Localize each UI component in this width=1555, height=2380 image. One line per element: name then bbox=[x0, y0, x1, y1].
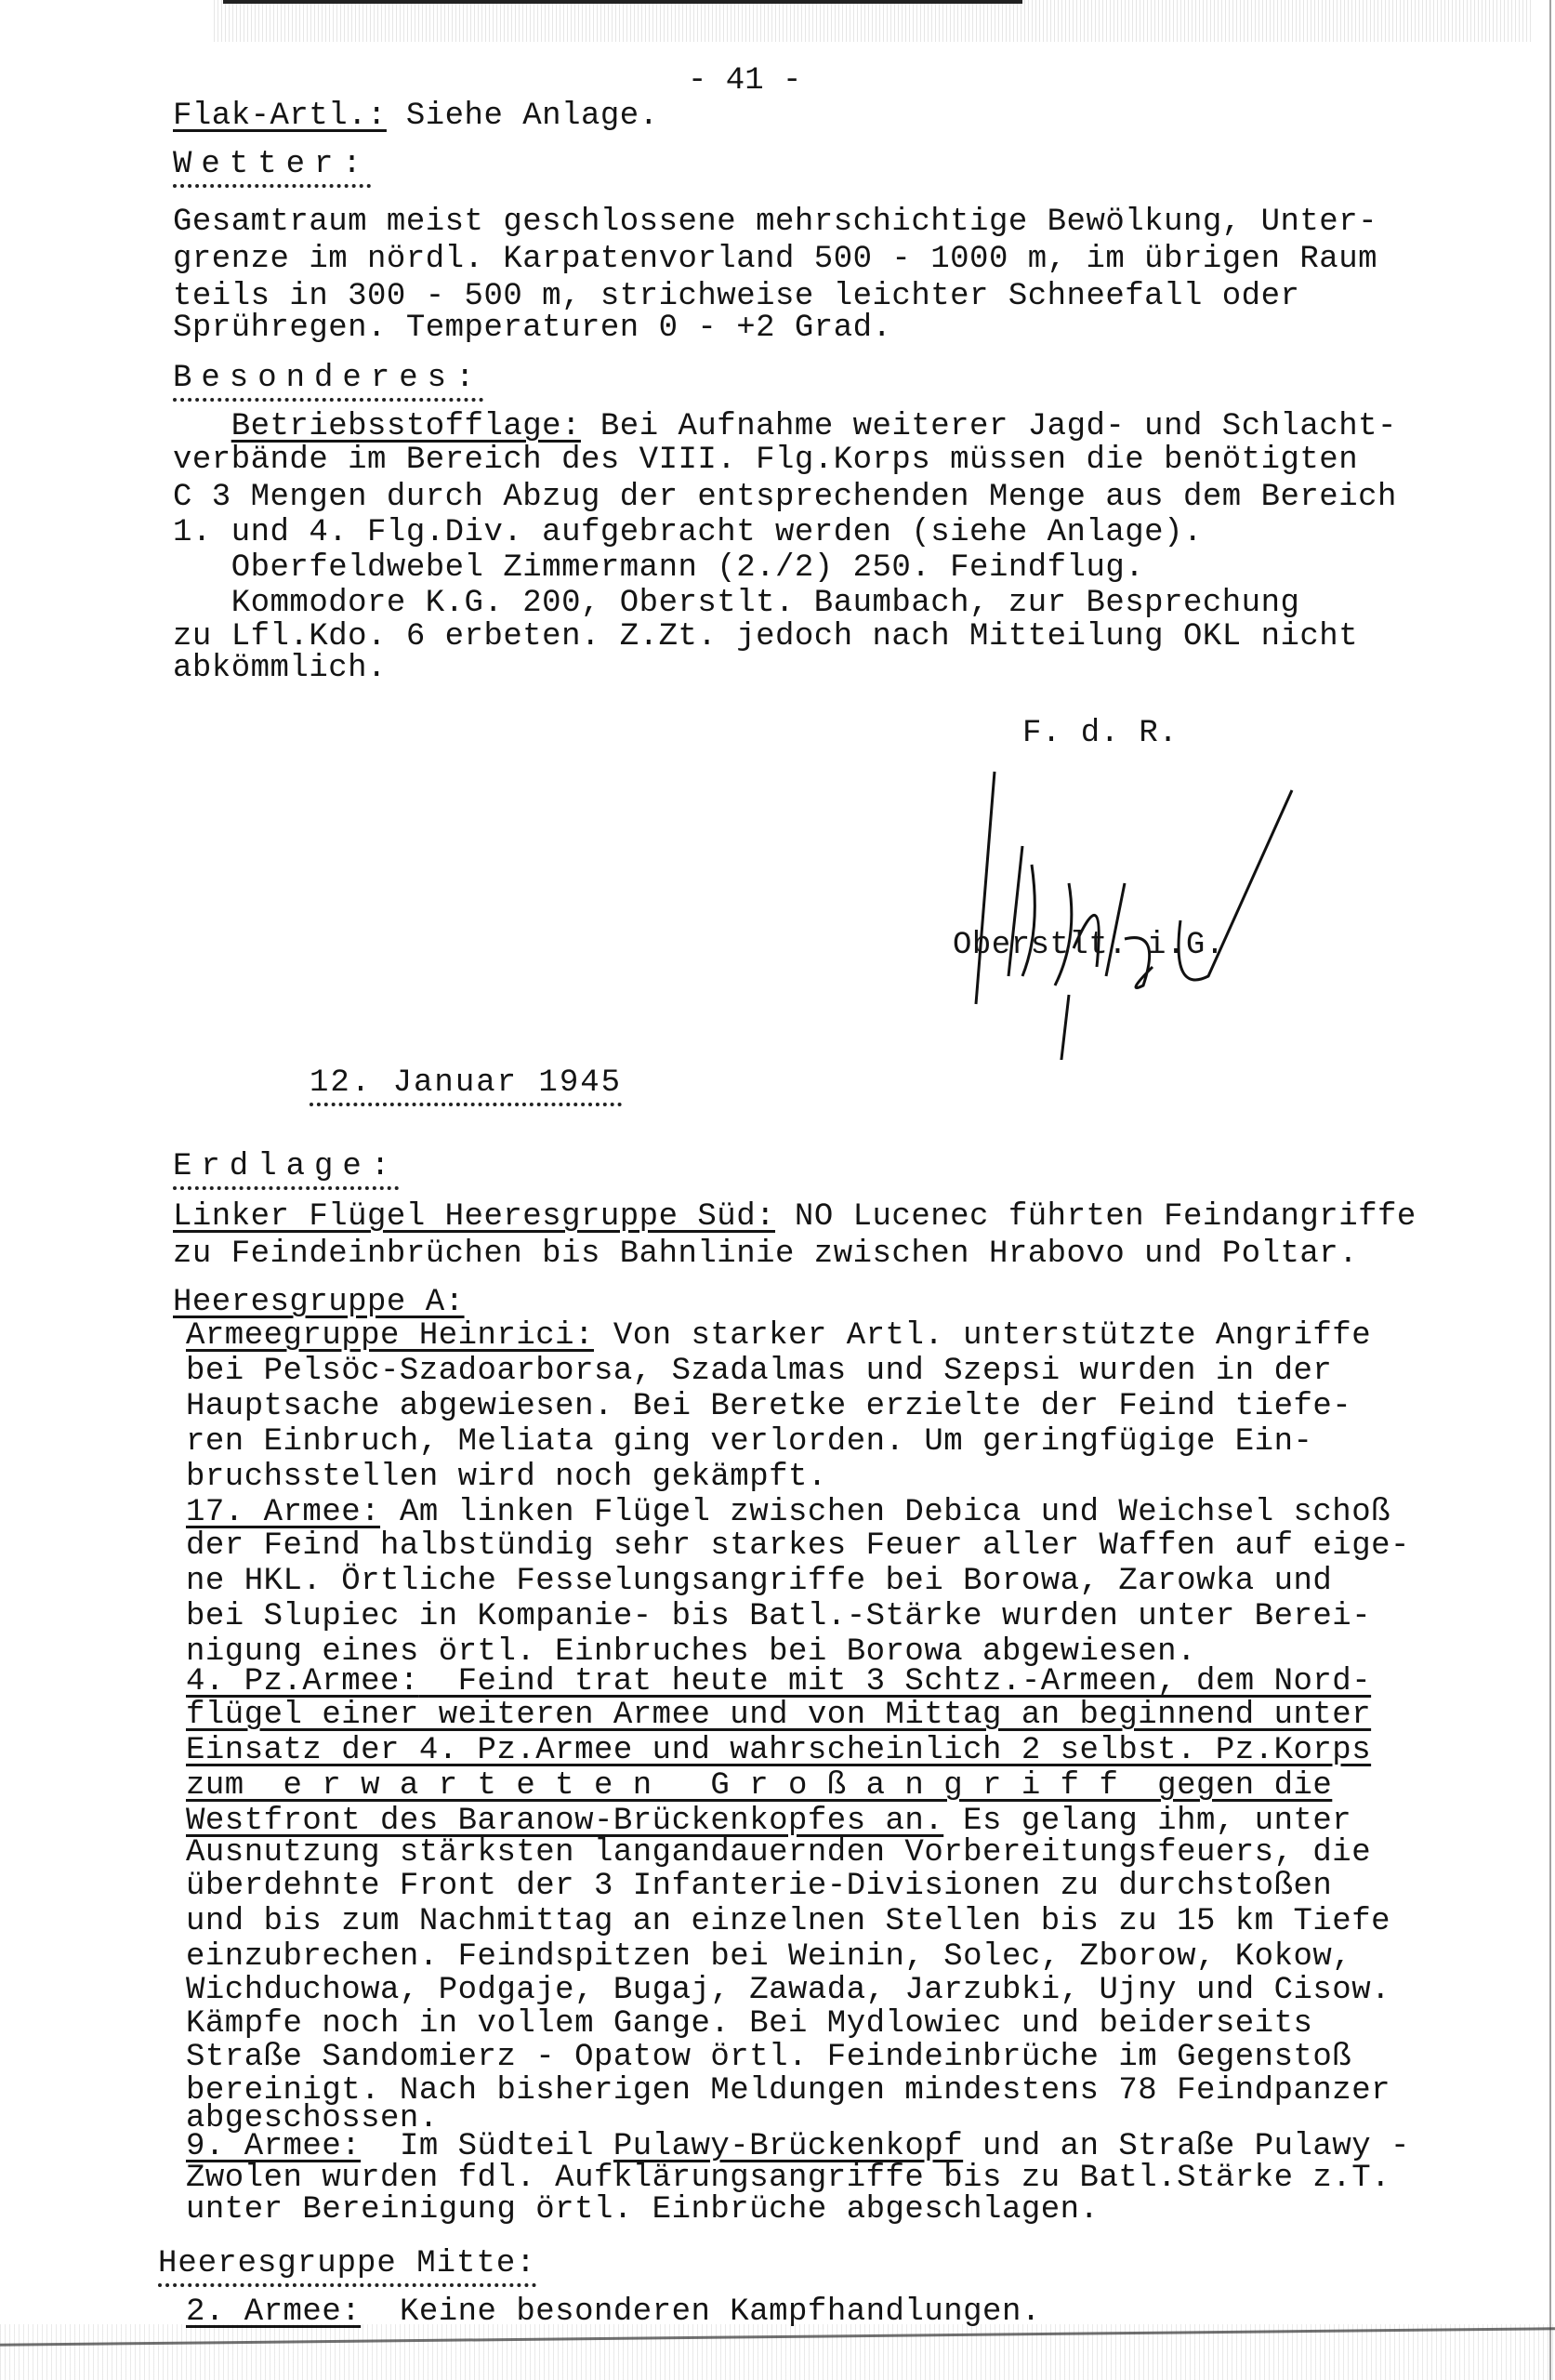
erdlage-line: der Feind halbstündig sehr starkes Feuer… bbox=[186, 1530, 1410, 1562]
wetter-line: grenze im nördl. Karpatenvorland 500 - 1… bbox=[173, 244, 1377, 275]
erdlage-line: Ausnutzung stärksten langandauernden Vor… bbox=[186, 1837, 1371, 1869]
heeresgruppe-a-heading: Heeresgruppe A: bbox=[173, 1287, 465, 1318]
erdlage-line: flügel einer weiteren Armee und von Mitt… bbox=[186, 1699, 1371, 1731]
erdlage-line: 17. Armee: Am linken Flügel zwischen Deb… bbox=[186, 1497, 1390, 1528]
erdlage-line: Armeegruppe Heinrici: Von starker Artl. … bbox=[186, 1320, 1371, 1352]
besonderes-line: zu Lfl.Kdo. 6 erbeten. Z.Zt. jedoch nach… bbox=[173, 621, 1358, 653]
erdlage-line: Straße Sandomierz - Opatow örtl. Feindei… bbox=[186, 2042, 1351, 2073]
erdlage-line: bruchsstellen wird noch gekämpft. bbox=[186, 1461, 827, 1493]
erdlage-line: 9. Armee: Im Südteil Pulawy-Brückenkopf … bbox=[186, 2131, 1410, 2162]
erdlage-line: ne HKL. Örtliche Fesselungsangriffe bei … bbox=[186, 1566, 1332, 1597]
flak-label: Flak-Artl.: bbox=[173, 99, 387, 134]
besonderes-line: Kommodore K.G. 200, Oberstlt. Baumbach, … bbox=[173, 588, 1299, 619]
erdlage-line: und bis zum Nachmittag an einzelnen Stel… bbox=[186, 1906, 1390, 1937]
erdlage-line: Linker Flügel Heeresgruppe Süd: NO Lucen… bbox=[173, 1201, 1417, 1233]
erdlage-line: 4. Pz.Armee: Feind trat heute mit 3 Scht… bbox=[186, 1666, 1371, 1698]
erdlage-heading: Erdlage: bbox=[173, 1151, 399, 1183]
erdlage-line: Einsatz der 4. Pz.Armee und wahrscheinli… bbox=[186, 1735, 1371, 1766]
wetter-line: Gesamtraum meist geschlossene mehrschich… bbox=[173, 206, 1377, 238]
besonderes-line: C 3 Mengen durch Abzug der entsprechende… bbox=[173, 482, 1397, 513]
erdlage-line: Kämpfe noch in vollem Gange. Bei Mydlowi… bbox=[186, 2008, 1312, 2040]
erdlage-line: Westfront des Baranow-Brückenkopfes an. … bbox=[186, 1805, 1351, 1837]
besonderes-line: 1. und 4. Flg.Div. aufgebracht werden (s… bbox=[173, 517, 1203, 549]
erdlage-line: unter Bereinigung örtl. Einbrüche abgesc… bbox=[186, 2194, 1099, 2226]
besonderes-line: Betriebsstofflage: Bei Aufnahme weiterer… bbox=[173, 411, 1397, 443]
erdlage-line: ren Einbruch, Meliata ging verlorden. Um… bbox=[186, 1426, 1312, 1458]
heeresgruppe-mitte-heading: Heeresgruppe Mitte: bbox=[158, 2248, 536, 2280]
page-number: - 41 - bbox=[688, 63, 801, 99]
fdr-text: F. d. R. bbox=[1022, 718, 1178, 749]
date-heading: 12. Januar 1945 bbox=[310, 1067, 622, 1099]
erdlage-line: bei Slupiec in Kompanie- bis Batl.-Stärk… bbox=[186, 1601, 1371, 1633]
flak-text: Siehe Anlage. bbox=[387, 99, 659, 134]
erdlage-line: Wichduchowa, Podgaje, Bugaj, Zawada, Jar… bbox=[186, 1975, 1390, 2006]
besonderes-line: abkömmlich. bbox=[173, 653, 387, 684]
besonderes-line: Oberfeldwebel Zimmermann (2./2) 250. Fei… bbox=[173, 552, 1144, 584]
scan-edge-top bbox=[223, 0, 1022, 4]
wetter-line: teils in 300 - 500 m, strichweise leicht… bbox=[173, 281, 1299, 312]
erdlage-line: zu Feindeinbrüchen bis Bahnlinie zwische… bbox=[173, 1238, 1358, 1270]
document-page: - 41 - Flak-Artl.: Siehe Anlage. Wetter:… bbox=[0, 0, 1555, 2380]
erdlage-line: nigung eines örtl. Einbruches bei Borowa… bbox=[186, 1636, 1196, 1668]
betriebsstofflage-label: Betriebsstofflage: bbox=[231, 409, 581, 444]
erdlage-line: zum e r w a r t e t e n G r o ß a n g r … bbox=[186, 1770, 1332, 1802]
erdlage-line: Zwolen wurden fdl. Aufklärungsangriffe b… bbox=[186, 2162, 1390, 2194]
erdlage-line: einzubrechen. Feindspitzen bei Weinin, S… bbox=[186, 1941, 1351, 1973]
scan-edge-right bbox=[1549, 0, 1551, 2380]
wetter-line: Sprühregen. Temperaturen 0 - +2 Grad. bbox=[173, 312, 891, 344]
erdlage-line: überdehnte Front der 3 Infanterie-Divisi… bbox=[186, 1871, 1332, 1902]
flak-line: Flak-Artl.: Siehe Anlage. bbox=[173, 100, 659, 132]
rank-text: Oberstlt. i.G. bbox=[953, 930, 1225, 961]
erdlage-line: 2. Armee: Keine besonderen Kampfhandlung… bbox=[186, 2296, 1041, 2328]
handwritten-signature bbox=[967, 762, 1301, 1060]
wetter-heading: Wetter: bbox=[173, 149, 371, 180]
scan-noise-bottom bbox=[0, 2324, 1555, 2380]
erdlage-line: Hauptsache abgewiesen. Bei Beretke erzie… bbox=[186, 1391, 1351, 1422]
scan-noise-top bbox=[214, 0, 1534, 42]
besonderes-heading: Besonderes: bbox=[173, 363, 483, 394]
erdlage-line: bei Pelsöc-Szadoarborsa, Szadalmas und S… bbox=[186, 1355, 1332, 1387]
besonderes-line: verbände im Bereich des VIII. Flg.Korps … bbox=[173, 444, 1358, 476]
